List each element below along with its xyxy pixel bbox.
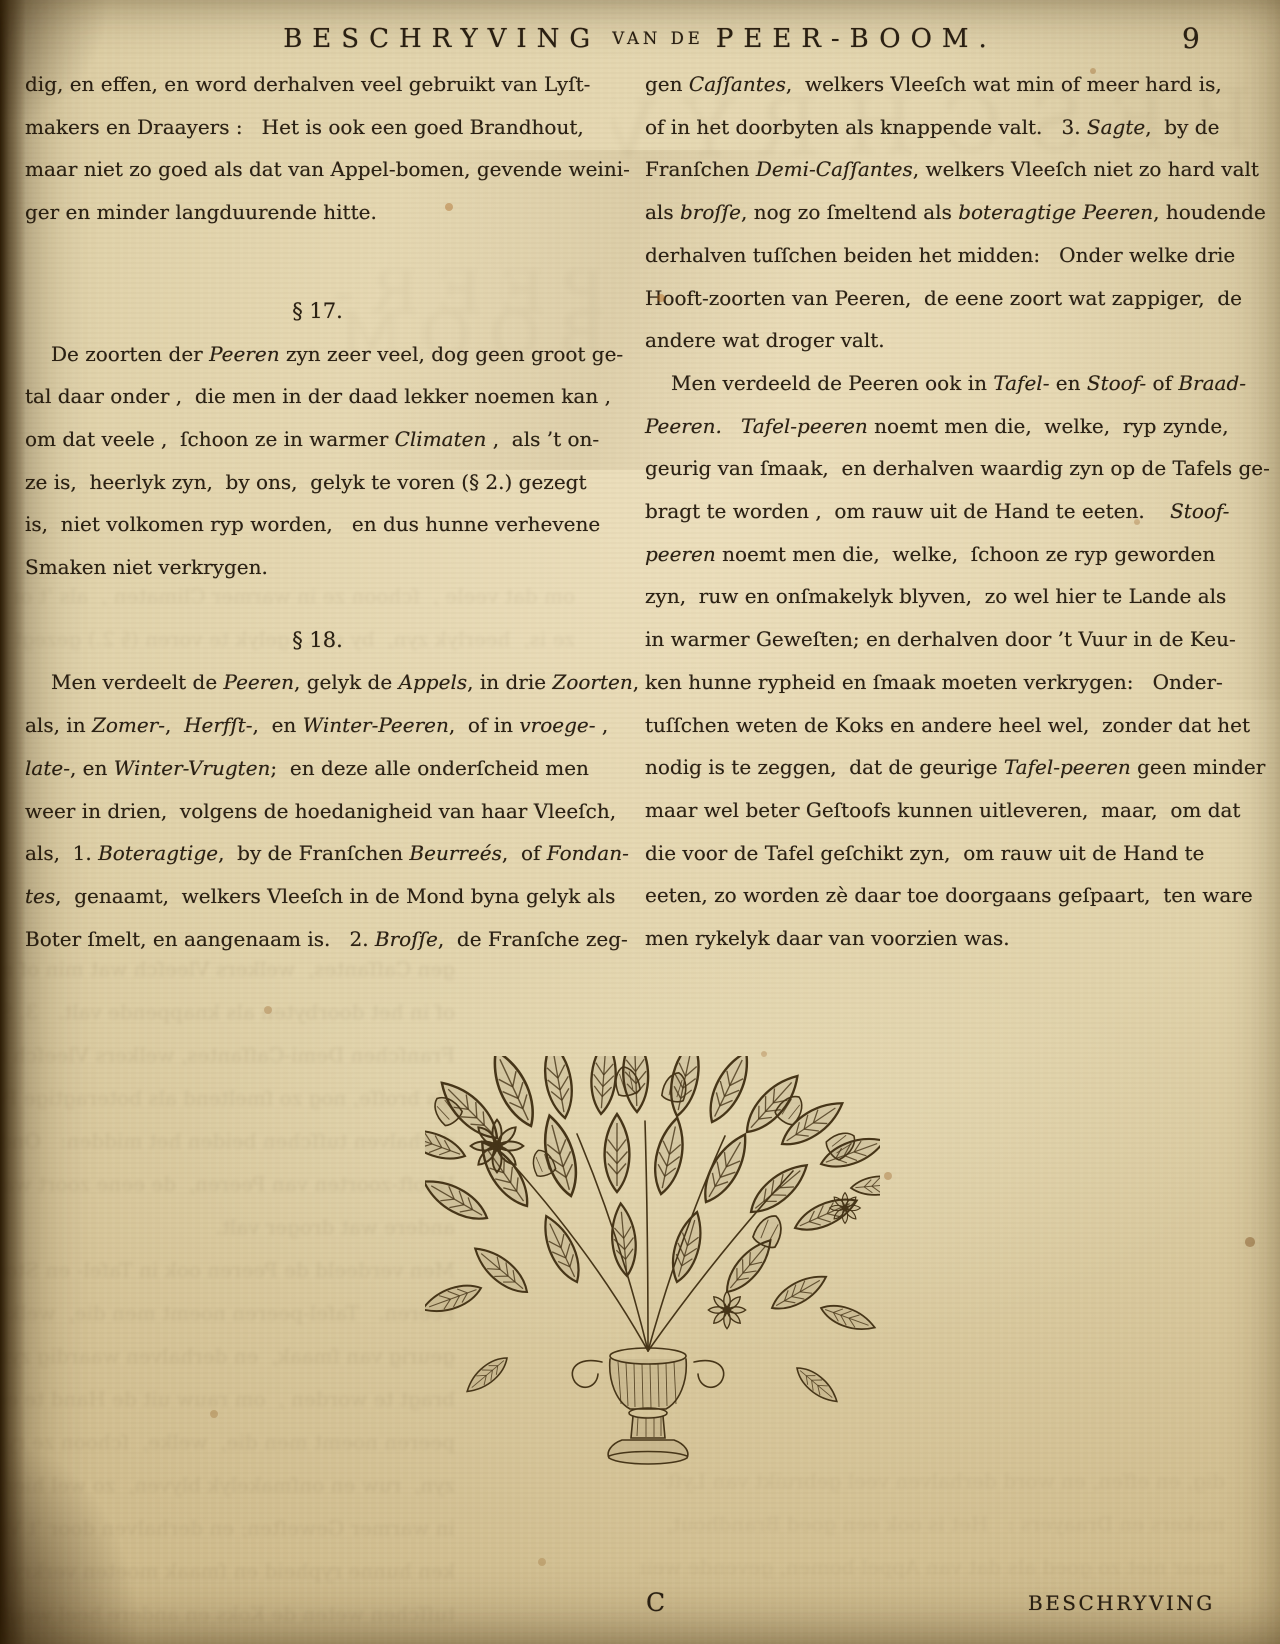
text-segment: maar wel beter Geſtoofs kunnen uitlevere… (645, 798, 1240, 822)
text-segment: Tafel-peeren (1004, 755, 1131, 779)
foxing-specks (0, 0, 4, 4)
running-head: BESCHRYVINGvan dePEER-BOOM. (0, 24, 1280, 54)
text-segment: zyn zeer veel, dog geen groot ge- (280, 342, 624, 366)
text-segment: Men verdeeld de Peeren ook in (671, 371, 993, 395)
text-line: maar niet zo goed als dat van Appel-bome… (25, 148, 610, 191)
text-line: ze is, heerlyk zyn, by ons, gelyk te vor… (25, 461, 610, 504)
text-line: De zoorten der Peeren zyn zeer veel, dog… (25, 333, 610, 376)
ghost-line: makers en Draayers : Het is ook een goed… (640, 1503, 1225, 1546)
text-line: Men verdeeld de Peeren ook in Tafel- en … (645, 362, 1230, 405)
text-segment: geen minder (1131, 755, 1266, 779)
text-segment: , de Franſche zeg- (438, 927, 628, 951)
text-segment: Men verdeelt de (51, 670, 224, 694)
text-line: andere wat droger valt. (645, 319, 1230, 362)
text-line: late-, en Winter-Vrugten; en deze alle o… (25, 747, 610, 790)
text-segment: Climaten (395, 427, 487, 451)
text-segment: Caſſantes (689, 72, 786, 96)
text-segment: , nog zo ſmeltend als (741, 200, 958, 224)
running-head-connector: van de (612, 29, 704, 48)
text-segment: , by de (1145, 115, 1219, 139)
corner-shadow-bottom-left (0, 1384, 180, 1644)
text-line: tes, genaamt, welkers Vleeſch in de Mond… (25, 875, 610, 918)
text-line: makers en Draayers : Het is ook een goed… (25, 106, 610, 149)
text-line: peeren noemt men die, welke, ſchoon ze r… (645, 533, 1230, 576)
text-segment: Stoof- (1087, 371, 1146, 395)
text-segment: , (165, 713, 184, 737)
text-segment: Appels (399, 670, 468, 694)
ghost-line: Hooft-zoorten van Peeren, de eene zoort … (0, 1163, 455, 1206)
text-line: of in het doorbyten als knappende valt. … (645, 106, 1230, 149)
text-segment: , of (502, 841, 547, 865)
text-line: gen Caſſantes, welkers Vleeſch wat min o… (645, 63, 1230, 106)
text-line: als broſſe, nog zo ſmeltend als boteragt… (645, 191, 1230, 234)
ghost-line: Men verdeeld de Peeren ook in Tafel- en … (0, 1249, 455, 1292)
text-segment: , als ’t on- (486, 427, 599, 451)
text-segment: Peeren. (645, 414, 722, 438)
text-segment: noemt men die, welke, ryp zynde, (868, 414, 1229, 438)
text-segment: Sagte (1087, 115, 1145, 139)
text-segment: gen (645, 72, 689, 96)
text-line: is, niet volkomen ryp worden, en dus hun… (25, 503, 610, 546)
text-segment: tes (25, 884, 55, 908)
text-segment: Braad- (1178, 371, 1246, 395)
text-segment: maar niet zo goed als dat van Appel-bome… (25, 157, 630, 181)
text-segment: , in drie (467, 670, 552, 694)
ghost-line: als broſſe, nog zo ſmeltend als boteragt… (0, 1077, 455, 1120)
text-segment: tal daar onder , die men in der daad lek… (25, 384, 611, 408)
ghost-line: peeren noemt men die, welke, ſchoon ze r… (0, 1421, 455, 1464)
text-segment: Beurreés (409, 841, 501, 865)
text-column-left: dig, en effen, en word derhalven veel ge… (25, 63, 610, 960)
text-line: Boter ſmelt, en aangenaam is. 2. Broſſe,… (25, 918, 610, 961)
text-segment: Herfſt- (184, 713, 252, 737)
text-segment: Broſſe (375, 927, 438, 951)
catchword: BESCHRYVING (1028, 1591, 1215, 1615)
ghost-line: andere wat droger valt. (0, 1206, 455, 1249)
section-heading: § 17. (25, 290, 610, 333)
text-line: ken hunne rypheid en ſmaak moeten verkry… (645, 661, 1230, 704)
text-segment: eeten, zo worden zè daar toe doorgaans g… (645, 883, 1253, 907)
text-segment: geurig van ſmaak, en derhalven waardig z… (645, 456, 1270, 480)
text-segment: , en (70, 756, 114, 780)
book-page: { "page_title": "BESCHRYVING van de PEER… (0, 0, 1280, 1644)
text-segment: Stoof- (1170, 499, 1229, 523)
text-segment: Zomer- (92, 713, 165, 737)
text-segment: ; en deze alle onderſcheid men (270, 756, 589, 780)
text-segment: , en (253, 713, 303, 737)
ghost-line: in warmer Geweſten; en derhalven door ’t… (0, 1507, 455, 1550)
running-head-word1: BESCHRYVING (283, 24, 600, 54)
text-segment: De zoorten der (51, 342, 209, 366)
text-line: Franſchen Demi-Caſſantes, welkers Vleeſc… (645, 148, 1230, 191)
text-segment: zyn, ruw en onſmakelyk blyven, zo wel hi… (645, 584, 1226, 608)
show-through-text: dig, en effen, en word derhalven veel ge… (640, 1460, 1225, 1585)
text-segment: Hooft-zoorten van Peeren, de eene zoort … (645, 286, 1242, 310)
signature-mark: C (646, 1588, 665, 1617)
ghost-line: tuſſchen weten de Koks en andere heel we… (0, 1593, 455, 1636)
text-line: geurig van ſmaak, en derhalven waardig z… (645, 447, 1230, 490)
text-segment: Winter-Vrugten (114, 756, 271, 780)
text-column-right: gen Caſſantes, welkers Vleeſch wat min o… (645, 63, 1230, 960)
ghost-line: bragt te worden , om rauw uit de Hand te… (0, 1378, 455, 1421)
text-line: Hooft-zoorten van Peeren, de eene zoort … (645, 277, 1230, 320)
text-segment: weer in drien, volgens de hoedanigheid v… (25, 799, 616, 823)
ghost-line: Peeren. Tafel-peeren noemt men die, welk… (0, 1292, 455, 1335)
ghost-line: derhalven tuſſchen beiden het midden: On… (0, 1120, 455, 1163)
text-segment: en (1049, 371, 1086, 395)
text-segment: is, niet volkomen ryp worden, en dus hun… (25, 512, 600, 536)
text-line: als, in Zomer-, Herfſt-, en Winter-Peere… (25, 704, 610, 747)
text-segment: als (645, 200, 680, 224)
text-segment: men rykelyk daar van voorzien was. (645, 926, 1010, 950)
text-segment: Fondan- (547, 841, 629, 865)
text-line: nodig is te zeggen, dat de geurige Tafel… (645, 746, 1230, 789)
text-segment: Peeren (209, 342, 280, 366)
text-segment: Peeren (224, 670, 295, 694)
text-segment: makers en Draayers : Het is ook een goed… (25, 115, 584, 139)
text-segment (722, 414, 741, 438)
ghost-line: ken hunne rypheid en ſmaak moeten verkry… (0, 1550, 455, 1593)
text-segment: , houdende (1153, 200, 1266, 224)
text-segment: dig, en effen, en word derhalven veel ge… (25, 72, 590, 96)
text-segment: , genaamt, welkers Vleeſch in de Mond by… (55, 884, 615, 908)
text-line: tuſſchen weten de Koks en andere heel we… (645, 704, 1230, 747)
text-segment: peeren (645, 542, 716, 566)
text-segment: Tafel-peeren (741, 414, 868, 438)
text-segment: Tafel- (993, 371, 1049, 395)
text-line: dig, en effen, en word derhalven veel ge… (25, 63, 610, 106)
text-line: ger en minder langduurende hitte. (25, 191, 610, 234)
text-line: zyn, ruw en onſmakelyk blyven, zo wel hi… (645, 575, 1230, 618)
text-segment: Demi-Caſſantes (756, 157, 913, 181)
text-segment: bragt te worden , om rauw uit de Hand te… (645, 499, 1170, 523)
text-segment: , (633, 670, 639, 694)
text-segment: , gelyk de (294, 670, 399, 694)
text-segment: derhalven tuſſchen beiden het midden: On… (645, 243, 1235, 267)
text-segment: , (596, 713, 609, 737)
text-segment: late- (25, 756, 70, 780)
text-segment: in warmer Geweſten; en derhalven door ’t… (645, 627, 1236, 651)
text-line: Peeren. Tafel-peeren noemt men die, welk… (645, 405, 1230, 448)
floral-urn-woodcut-illustration (425, 1056, 880, 1476)
text-segment: ken hunne rypheid en ſmaak moeten verkry… (645, 670, 1223, 694)
text-line: tal daar onder , die men in der daad lek… (25, 375, 610, 418)
ghost-line: of in het doorbyten als knappende valt. … (0, 991, 455, 1034)
text-segment: Boter ſmelt, en aangenaam is. 2. (25, 927, 375, 951)
text-segment: als, 1. (25, 841, 98, 865)
ghost-line: Franſchen Demi-Caſſantes, welkers Vleeſc… (0, 1034, 455, 1077)
text-segment: noemt men die, welke, ſchoon ze ryp gewo… (716, 542, 1215, 566)
text-line: maar wel beter Geſtoofs kunnen uitlevere… (645, 789, 1230, 832)
text-segment: , by de Franſchen (218, 841, 409, 865)
text-line: Men verdeelt de Peeren, gelyk de Appels,… (25, 661, 610, 704)
text-segment: Boteragtige (98, 841, 218, 865)
text-segment: als, in (25, 713, 92, 737)
ghost-line: maar niet zo goed als dat van Appel-bome… (640, 1546, 1225, 1585)
section-heading: § 18. (25, 619, 610, 662)
text-segment: , welkers Vleeſch wat min of meer hard i… (786, 72, 1222, 96)
text-segment: , of in (449, 713, 520, 737)
ghost-line: geurig van ſmaak, en derhalven waardig z… (0, 1335, 455, 1378)
text-line: om dat veele , ſchoon ze in warmer Clima… (25, 418, 610, 461)
page-number: 9 (1182, 22, 1200, 55)
text-segment: boteragtige Peeren (958, 200, 1153, 224)
text-segment: andere wat droger valt. (645, 328, 885, 352)
text-segment: Zoorten (552, 670, 632, 694)
binding-edge-shadow (0, 0, 26, 1644)
show-through-text: gen Caſſantes, welkers Vleeſch wat min o… (0, 948, 455, 1638)
ghost-line: zyn, ruw en onſmakelyk blyven, zo wel hi… (0, 1464, 455, 1507)
text-segment: die voor de Tafel geſchikt zyn, om rauw … (645, 841, 1204, 865)
text-line: eeten, zo worden zè daar toe doorgaans g… (645, 874, 1230, 917)
text-segment: Franſchen (645, 157, 756, 181)
text-line: bragt te worden , om rauw uit de Hand te… (645, 490, 1230, 533)
text-line: men rykelyk daar van voorzien was. (645, 917, 1230, 960)
text-line: weer in drien, volgens de hoedanigheid v… (25, 790, 610, 833)
text-segment: Smaken niet verkrygen. (25, 555, 268, 579)
text-segment: nodig is te zeggen, dat de geurige (645, 755, 1004, 779)
running-head-word2: PEER-BOOM. (716, 24, 997, 54)
text-segment: , welkers Vleeſch niet zo hard valt (913, 157, 1259, 181)
woodcut-svg (425, 1056, 880, 1476)
text-segment: ger en minder langduurende hitte. (25, 200, 377, 224)
text-line: als, 1. Boteragtige, by de Franſchen Beu… (25, 832, 610, 875)
text-line: derhalven tuſſchen beiden het midden: On… (645, 234, 1230, 277)
text-line: in warmer Geweſten; en derhalven door ’t… (645, 618, 1230, 661)
text-segment: broſſe (680, 200, 741, 224)
text-segment: vroege- (519, 713, 595, 737)
text-line: Smaken niet verkrygen. (25, 546, 610, 589)
text-segment: tuſſchen weten de Koks en andere heel we… (645, 713, 1250, 737)
text-segment: of (1146, 371, 1178, 395)
text-segment: om dat veele , ſchoon ze in warmer (25, 427, 395, 451)
text-line: die voor de Tafel geſchikt zyn, om rauw … (645, 832, 1230, 875)
text-segment: ze is, heerlyk zyn, by ons, gelyk te vor… (25, 470, 587, 494)
text-segment: of in het doorbyten als knappende valt. … (645, 115, 1087, 139)
text-segment: Winter-Peeren (303, 713, 449, 737)
